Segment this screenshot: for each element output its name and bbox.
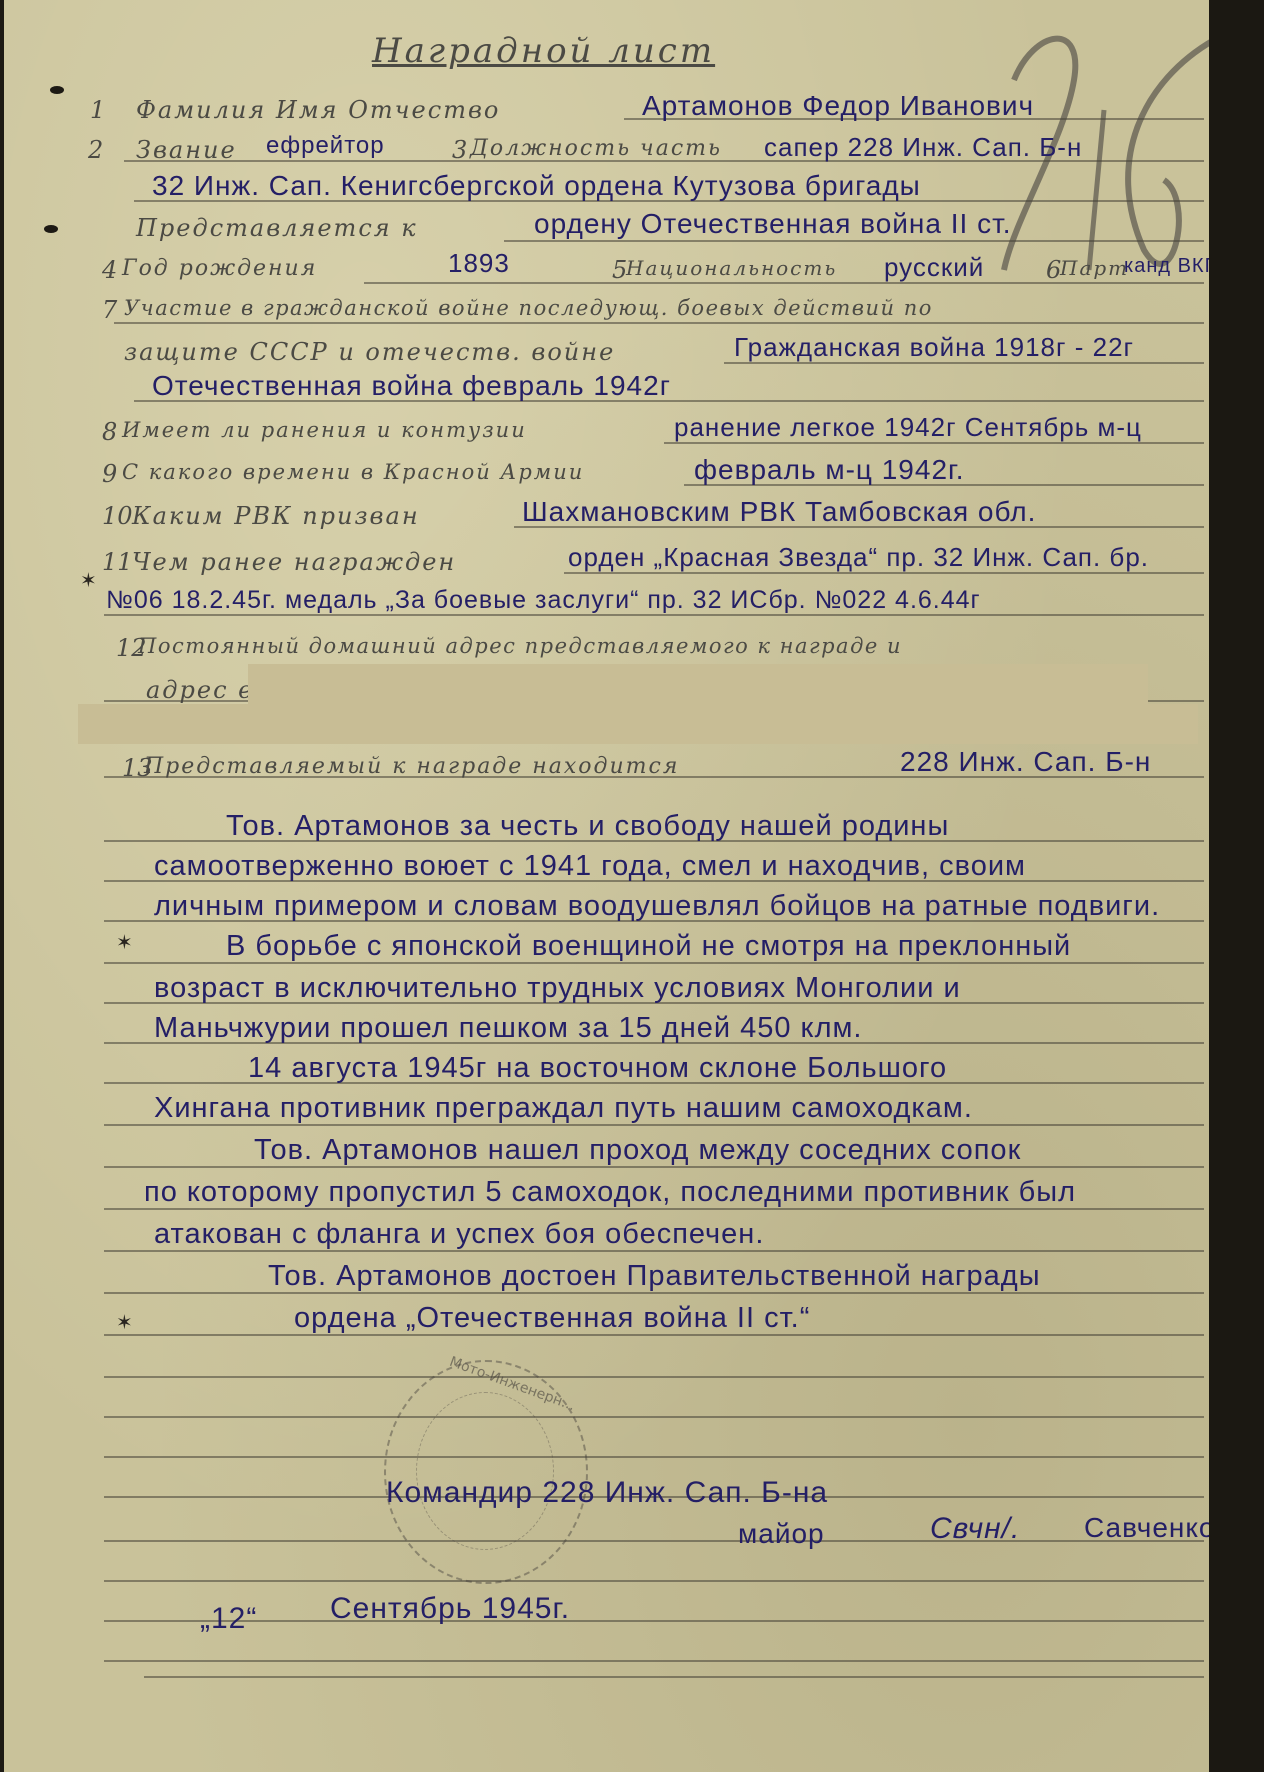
redacted-address — [78, 704, 1198, 744]
field-12-label: Постоянный домашний адрес представляемог… — [138, 636, 902, 657]
presented-for-label: Представляется к — [136, 216, 418, 240]
field-10-number: 10 — [102, 504, 133, 528]
field-8-value: ранение легкое 1942г Сентябрь м-ц — [674, 414, 1142, 440]
narrative-line: Хингана противник преграждал путь нашим … — [154, 1094, 973, 1123]
field-11-value: орден „Красная Звезда“ пр. 32 Инж. Сап. … — [568, 544, 1149, 570]
signature-scribble: Свчн/. — [930, 1514, 1020, 1544]
presented-for-value: ордену Отечественная война II ст. — [534, 210, 1012, 238]
field-5-value: русский — [884, 254, 984, 280]
field-13-label: Представляемый к награде находится — [144, 756, 679, 778]
field-1-value: Артамонов Федор Иванович — [642, 92, 1034, 120]
field-9-value: февраль м-ц 1942г. — [694, 456, 965, 484]
narrative-line: Маньчжурии прошел пешком за 15 дней 450 … — [154, 1014, 862, 1043]
award-sheet-paper: ✶ ✶ ✶ 2/05 Наградной лист 1 Фамилия Имя — [4, 0, 1209, 1772]
field-4-label: Год рождения — [122, 258, 317, 280]
narrative-line: по которому пропустил 5 самоходок, после… — [144, 1178, 1076, 1207]
field-3-value: сапер 228 Инж. Сап. Б-н — [764, 134, 1082, 160]
redacted-address — [248, 664, 1148, 704]
field-10-value: Шахмановским РВК Тамбовская обл. — [522, 498, 1036, 526]
narrative-line: Тов. Артамонов за честь и свободу нашей … — [226, 812, 949, 841]
document-title: Наградной лист — [372, 34, 715, 68]
field-1-label: Фамилия Имя Отчество — [136, 98, 500, 122]
punch-hole — [44, 225, 58, 233]
official-stamp: Мото-Инженерн... — [384, 1360, 588, 1584]
field-8-label: Имеет ли ранения и контузии — [122, 420, 527, 441]
field-7-label-cont: защите СССР и отечеств. войне — [124, 340, 615, 364]
date-month-year: Сентябрь 1945г. — [330, 1594, 570, 1624]
field-9-label: С какого времени в Красной Армии — [122, 462, 584, 483]
field-6-number: 6 — [1046, 258, 1061, 282]
narrative-line: возраст в исключительно трудных условиях… — [154, 974, 961, 1003]
field-3-value-cont: 32 Инж. Сап. Кенигсбергской ордена Кутуз… — [152, 172, 921, 200]
date-day: „12“ — [200, 1604, 257, 1634]
field-2-number: 2 — [88, 138, 103, 162]
field-5-number: 5 — [612, 258, 627, 282]
punch-hole — [50, 86, 64, 94]
margin-mark-icon: ✶ — [80, 568, 97, 592]
commander-position: Командир 228 Инж. Сап. Б-на — [386, 1478, 828, 1508]
margin-mark-icon: ✶ — [116, 1310, 133, 1334]
field-2-value: ефрейтор — [266, 134, 385, 158]
field-7-number: 7 — [102, 298, 117, 322]
narrative-line: Тов. Артамонов нашел проход между соседн… — [254, 1136, 1021, 1165]
narrative-line: атакован с фланга и успех боя обеспечен. — [154, 1220, 764, 1249]
field-3-label: Должность часть — [470, 138, 722, 160]
field-10-label: Каким РВК призван — [132, 504, 420, 528]
field-4-value: 1893 — [448, 250, 510, 276]
field-2-label: Звание — [136, 138, 237, 162]
field-9-number: 9 — [102, 462, 117, 486]
field-13-value: 228 Инж. Сап. Б-н — [900, 748, 1151, 776]
scan-border — [1209, 0, 1264, 1772]
narrative-line: Тов. Артамонов достоен Правительственной… — [268, 1262, 1041, 1291]
field-7-value-cont: Отечественная война февраль 1942г — [152, 372, 671, 400]
field-11-value-cont: №06 18.2.45г. медаль „За боевые заслуги“… — [106, 588, 981, 613]
commander-rank: майор — [738, 1520, 825, 1548]
field-11-label: Чем ранее награжден — [132, 550, 456, 574]
field-6-label: Парт — [1060, 258, 1129, 278]
field-4-number: 4 — [102, 258, 117, 282]
field-1-number: 1 — [90, 98, 105, 122]
narrative-line: 14 августа 1945г на восточном склоне Бол… — [248, 1054, 947, 1083]
narrative-line: самоотверженно воюет с 1941 года, смел и… — [154, 852, 1026, 881]
commander-name: Савченко — [1084, 1514, 1215, 1542]
field-11-number: 11 — [102, 550, 133, 574]
field-3-number: 3 — [452, 138, 467, 162]
narrative-line: В борьбе с японской военщиной не смотря … — [226, 932, 1071, 961]
field-7-label: Участие в гражданской войне последующ. б… — [124, 298, 933, 319]
field-5-label: Национальность — [626, 258, 837, 278]
narrative-line: личным примером и словам воодушевлял бой… — [154, 892, 1160, 921]
narrative-line: ордена „Отечественная война II ст.“ — [294, 1304, 810, 1333]
margin-mark-icon: ✶ — [116, 930, 133, 954]
field-8-number: 8 — [102, 420, 117, 444]
field-7-value: Гражданская война 1918г - 22г — [734, 334, 1134, 360]
